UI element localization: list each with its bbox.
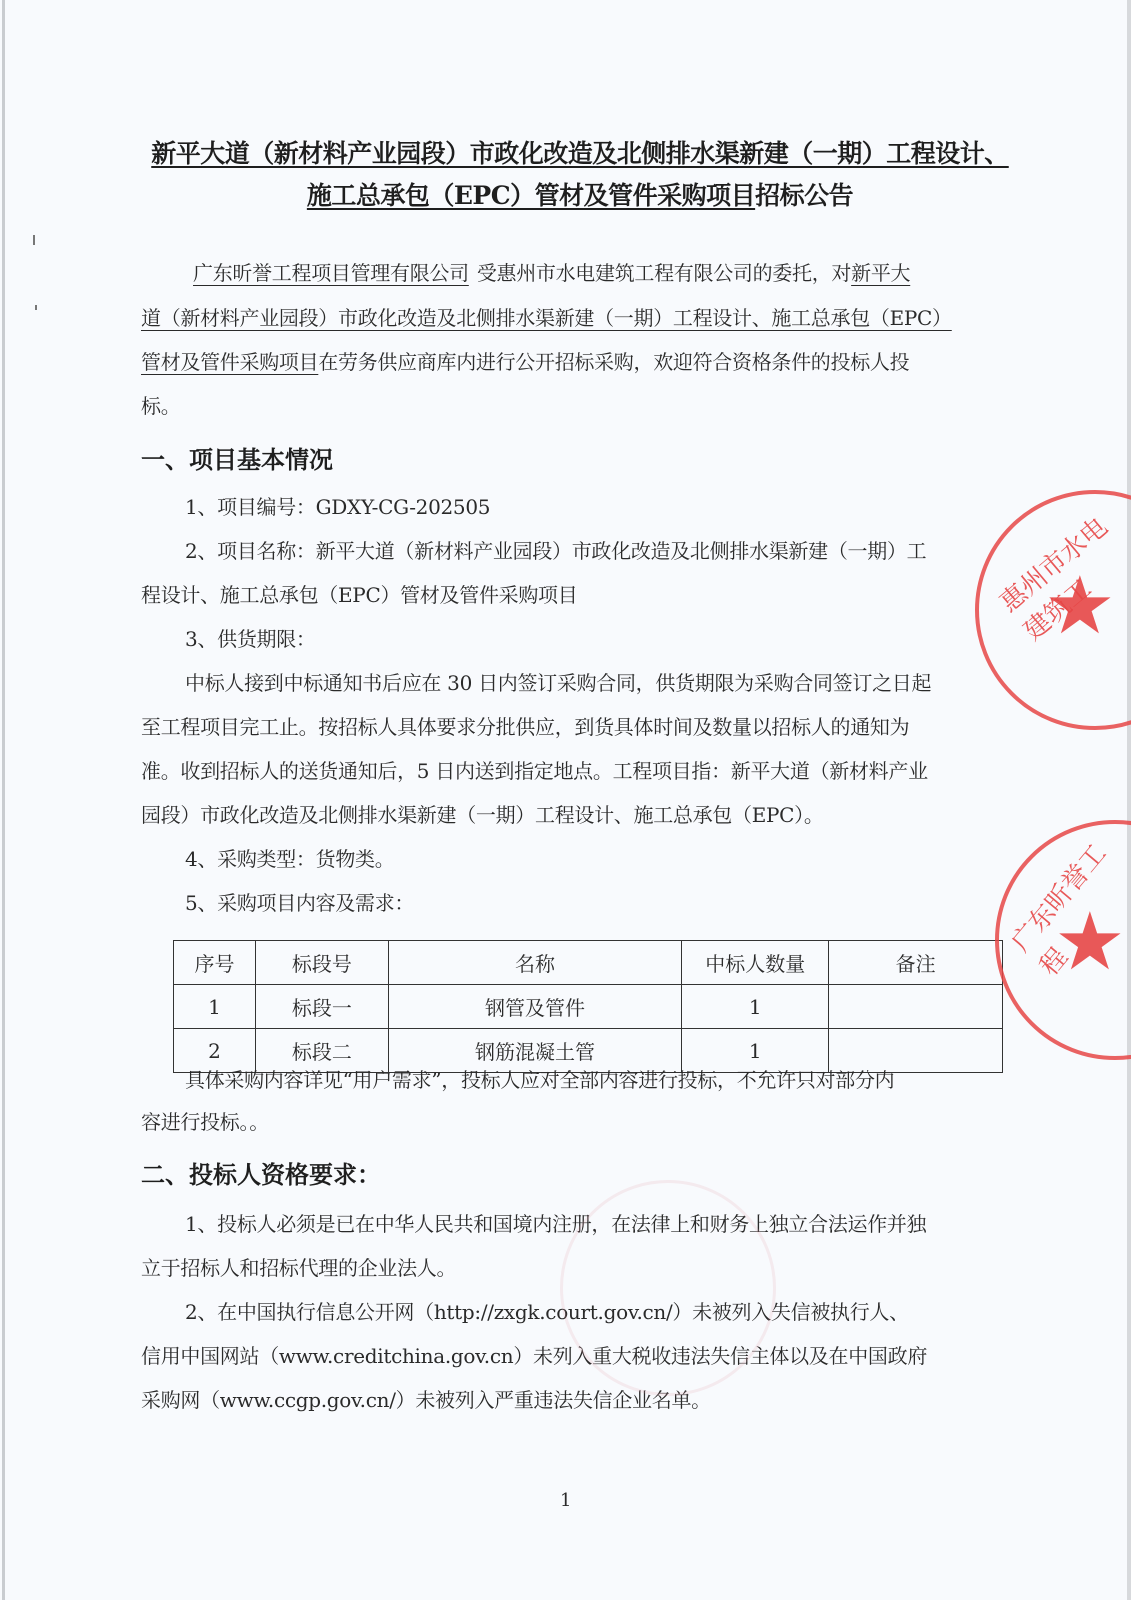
procurement-table: 序号 标段号 名称 中标人数量 备注 1 标段一 钢管及管件 1 2 标段二 钢…	[173, 940, 1003, 1073]
intro-line-4: 标。	[141, 391, 1021, 421]
header-cell: 标段号	[255, 941, 388, 985]
section-heading-1: 一、项目基本情况	[141, 440, 333, 475]
supply-period-line4: 园段）市政化改造及北侧排水渠新建（一期）工程设计、施工总承包（EPC）。	[141, 800, 1021, 830]
document-title-line1: 新平大道（新材料产业园段）市政化改造及北侧排水渠新建（一期）工程设计、	[130, 134, 1030, 170]
supply-period-line1: 中标人接到中标通知书后应在 30 日内签订采购合同，供货期限为采购合同签订之日起	[141, 668, 1021, 698]
table-cell: 1	[682, 985, 829, 1029]
item-supply-period-label: 3、供货期限：	[141, 624, 1021, 654]
item-procurement-content: 5、采购项目内容及需求：	[141, 888, 1021, 918]
header-cell: 序号	[174, 941, 256, 985]
scan-mark	[35, 305, 37, 310]
table-header-row: 序号 标段号 名称 中标人数量 备注	[174, 941, 1003, 985]
intro-line-2: 道（新材料产业园段）市政化改造及北侧排水渠新建（一期）工程设计、施工总承包（EP…	[141, 303, 1021, 333]
agent-company: 广东昕誉工程项目管理有限公司	[185, 261, 477, 285]
item-procurement-type: 4、采购类型：货物类。	[141, 844, 1021, 874]
intro-line-3: 管材及管件采购项目在劳务供应商库内进行公开招标采购，欢迎符合资格条件的投标人投	[141, 347, 1021, 377]
section-heading-2: 二、投标人资格要求：	[141, 1155, 381, 1190]
note-line2: 容进行投标。。	[141, 1107, 1021, 1137]
table-row: 1 标段一 钢管及管件 1	[174, 985, 1003, 1029]
header-cell: 名称	[388, 941, 682, 985]
table-cell: 1	[174, 985, 256, 1029]
table-cell: 标段一	[255, 985, 388, 1029]
note-line1: 具体采购内容详见“用户需求”，投标人应对全部内容进行投标，不允许只对部分内	[141, 1065, 1021, 1095]
page-edge-right	[1127, 0, 1131, 1600]
item-project-name-line2: 程设计、施工总承包（EPC）管材及管件采购项目	[141, 580, 1021, 610]
qualification-2-line3: 采购网（www.ccgp.gov.cn/）未被列入严重违法失信企业名单。	[141, 1385, 1021, 1415]
item-project-number: 1、项目编号：GDXY-CG-202505	[141, 492, 1021, 522]
page-edge-left	[2, 0, 5, 1600]
page-number: 1	[560, 1490, 571, 1511]
header-cell: 中标人数量	[682, 941, 829, 985]
table-cell	[829, 985, 1003, 1029]
table-cell: 钢管及管件	[388, 985, 682, 1029]
supply-period-line2: 至工程项目完工止。按招标人具体要求分批供应，到货具体时间及数量以招标人的通知为	[141, 712, 1021, 742]
item-project-name-line1: 2、项目名称：新平大道（新材料产业园段）市政化改造及北侧排水渠新建（一期）工	[141, 536, 1021, 566]
document-title-line2: 施工总承包（EPC）管材及管件采购项目招标公告	[130, 176, 1030, 212]
ghost-stamp-bleedthrough	[560, 1180, 776, 1396]
header-cell: 备注	[829, 941, 1003, 985]
intro-line-1: 广东昕誉工程项目管理有限公司受惠州市水电建筑工程有限公司的委托，对新平大	[141, 258, 1021, 288]
supply-period-line3: 准。收到招标人的送货通知后，5 日内送到指定地点。工程项目指：新平大道（新材料产…	[141, 756, 1021, 786]
scan-mark	[33, 235, 35, 245]
